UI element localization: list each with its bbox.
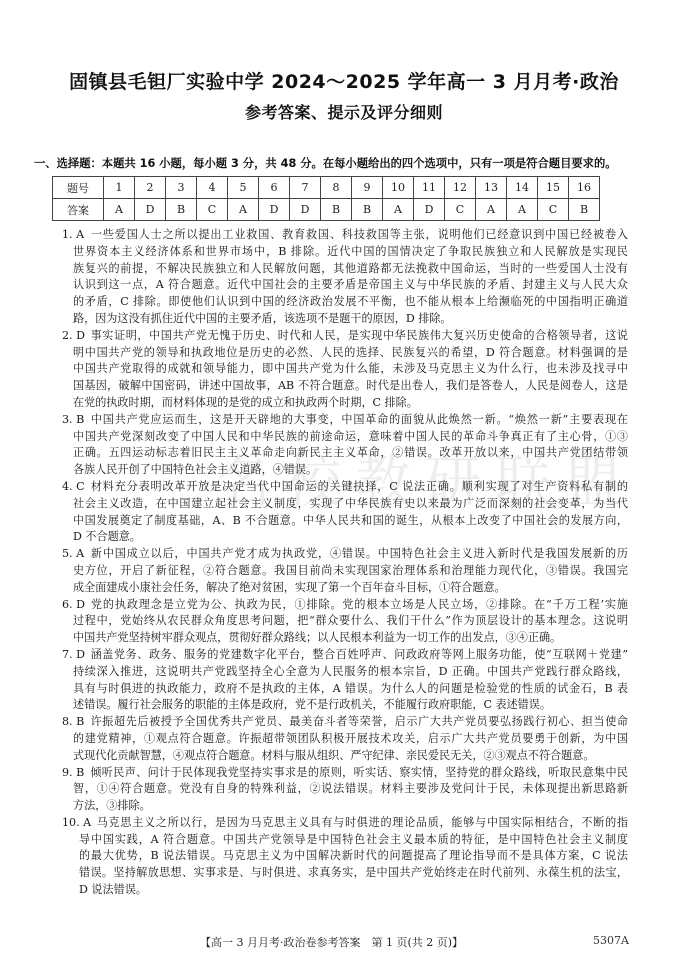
line-text: 各族人民开创了中国特色社会主义道路，④错误。 xyxy=(73,463,317,476)
answer-table: 题号 12345678910111213141516 答案 ADBCADDBBA… xyxy=(52,176,600,221)
answer-cell: A xyxy=(507,199,538,221)
explanation-item: 7. D涵盖党务、政务、服务的党建数字化平台，整合百姓呼声、问政政府等网上服务功… xyxy=(0,647,688,714)
answer-cell: D xyxy=(290,199,321,221)
item-number: 3. B xyxy=(62,412,90,429)
document-code: 5307A xyxy=(593,934,629,947)
explanation-line: 的最大优势，B 说法错误。马克思主义为中国解决新时代的问题提高了理论指导而不是具… xyxy=(79,848,628,865)
line-text: 的最大优势，B 说法错误。马克思主义为中国解决新时代的问题提高了理论指导而不是具… xyxy=(79,849,628,862)
line-text: 涵盖党务、政务、服务的党建数字化平台，整合百姓呼声、问政政府等网上服务功能，使“… xyxy=(90,648,628,661)
explanation-line: 明中国共产党的领导和执政地位是历史的必然、人民的选择、民族复兴的希望，D 符合题… xyxy=(73,345,628,362)
explanation-line: D 不合题意。 xyxy=(73,529,628,546)
line-text: 中国共产党深刻改变了中国人民和中华民族的前途命运，意味着中国人民的革命斗争真正有… xyxy=(73,430,628,443)
line-text: 正确。五四运动标志着旧民主主义革命走向新民主主义革命，②错误。改革开放以来，中国… xyxy=(73,446,628,459)
item-number: 4. C xyxy=(62,479,90,496)
question-number-cell: 14 xyxy=(507,177,538,199)
answer-cell: A xyxy=(104,199,135,221)
line-text: 中国发展奠定了制度基础，A、B 不合题意。中华人民共和国的诞生，从根本上改变了中… xyxy=(73,514,628,527)
answer-cell: D xyxy=(135,199,166,221)
question-number-cell: 10 xyxy=(383,177,414,199)
explanation-item: 5. A新中国成立以后，中国共产党才成为执政党，④错误。中国特色社会主义进入新时… xyxy=(0,546,688,596)
line-text: 许振超先后被授予全国优秀共产党员、最美奋斗者等荣誉，启示广大共产党员要弘扬践行初… xyxy=(90,715,628,728)
explanation-item: 9. B倾听民声、问计于民体现我党坚持实事求是的原则，听实话、察实情，坚持党的群… xyxy=(0,765,688,815)
item-number: 6. D xyxy=(62,597,90,614)
explanation-line: 社会主义改造，在中国建立起社会主义制度，实现了中华民族有史以来最为广泛而深刻的社… xyxy=(73,496,628,513)
question-number-cell: 4 xyxy=(197,177,228,199)
explanation-line: 6. D党的执政理念是立党为公、执政为民，①排除。党的根本立场是人民立场，②排除… xyxy=(62,597,628,614)
row-label: 答案 xyxy=(53,199,104,221)
item-number: 7. D xyxy=(62,647,90,664)
question-number-cell: 9 xyxy=(352,177,383,199)
explanation-line: 9. B倾听民声、问计于民体现我党坚持实事求是的原则，听实话、察实情，坚持党的群… xyxy=(62,765,628,782)
question-number-cell: 7 xyxy=(290,177,321,199)
line-text: 党的执政理念是立党为公、执政为民，①排除。党的根本立场是人民立场，②排除。在“千… xyxy=(90,598,628,611)
line-text: 国基因，破解中国密码，讲述中国故事，AB 不符合题意。时代是出卷人，我们是答卷人… xyxy=(73,379,628,392)
explanation-item: 1. A一些爱国人士之所以提出工业救国、教育救国、科技救国等主张，说明他们已经意… xyxy=(0,227,688,328)
line-text: 族复兴的前提，不解决民族独立和人民解放问题，其他道路都无法挽救中国命运，当时的一… xyxy=(73,262,628,275)
answer-cell: B xyxy=(166,199,197,221)
question-number-cell: 13 xyxy=(476,177,507,199)
explanation-item: 10. A马克思主义之所以行，是因为马克思主义具有与时俱进的理论品质，能够与中国… xyxy=(0,815,688,899)
explanation-item: 8. B许振超先后被授予全国优秀共产党员、最美奋斗者等荣誉，启示广大共产党员要弘… xyxy=(0,714,688,764)
line-text: 明中国共产党的领导和执政地位是历史的必然、人民的选择、民族复兴的希望，D 符合题… xyxy=(73,346,628,359)
line-text: 倾听民声、问计于民体现我党坚持实事求是的原则，听实话、察实情，坚持党的群众路线，… xyxy=(90,766,628,779)
line-text: 世界资本主义经济体系和世界市场中，B 排除。近代中国的国情决定了争取民族独立和人… xyxy=(73,245,628,258)
line-text: 智，①④符合题意。党没有自身的特殊利益，②说法错误。材料主要涉及党问计于民，未体… xyxy=(73,782,628,795)
answer-cell: B xyxy=(321,199,352,221)
item-number: 10. A xyxy=(62,815,96,832)
line-text: 中国共产党取得的成就和领导能力，即中国共产党为什么能，未涉及马克思主义为什么行，… xyxy=(73,362,628,375)
answer-cell: A xyxy=(383,199,414,221)
explanation-line: 4. C材料充分表明改革开放是决定当代中国命运的关键抉择，C 说法正确。顺利实现… xyxy=(62,479,628,496)
question-number-row: 题号 12345678910111213141516 xyxy=(53,177,600,199)
line-text: 材料充分表明改革开放是决定当代中国命运的关键抉择，C 说法正确。顺利实现了对生产… xyxy=(90,480,628,493)
explanation-line: 正确。五四运动标志着旧民主主义革命走向新民主主义革命，②错误。改革开放以来，中国… xyxy=(73,445,628,462)
line-text: 方法，③排除。 xyxy=(73,799,151,812)
line-text: 述错误。履行社会服务的职能的主体是政府，党不是行政机关，不能履行政府职能，C 表… xyxy=(73,698,551,711)
explanation-line: 中国共产党深刻改变了中国人民和中华民族的前途命运，意味着中国人民的革命斗争真正有… xyxy=(73,429,628,446)
line-text: 一些爱国人士之所以提出工业救国、教育救国、科技救国等主张，说明他们已经意识到中国… xyxy=(90,228,628,241)
line-text: 具有与时俱进的执政能力，政府不是执政的主体，A 错误。为什么人的问题是检验党的性… xyxy=(73,682,628,695)
explanation-line: 7. D涵盖党务、政务、服务的党建数字化平台，整合百姓呼声、问政政府等网上服务功… xyxy=(62,647,628,664)
answer-cell: B xyxy=(352,199,383,221)
explanation-line: 的矛盾，C 排除。即使他们认识到中国的经济政治发展不平衡，也不能从根本上给濒临死… xyxy=(73,294,628,311)
explanation-line: 族复兴的前提，不解决民族独立和人民解放问题，其他道路都无法挽救中国命运，当时的一… xyxy=(73,261,628,278)
line-text: 事实证明，中国共产党无愧于历史、时代和人民，是实现中华民族伟大复兴历史使命的合格… xyxy=(90,329,628,342)
explanation-line: 国基因，破解中国密码，讲述中国故事，AB 不符合题意。时代是出卷人，我们是答卷人… xyxy=(73,378,628,395)
explanation-line: 持续深入推进，这说明共产党践坚持全心全意为人民服务的根本宗旨，D 正确。中国共产… xyxy=(73,664,628,681)
document-subtitle: 参考答案、提示及评分细则 xyxy=(0,100,688,123)
question-number-cell: 6 xyxy=(259,177,290,199)
explanation-line: 10. A马克思主义之所以行，是因为马克思主义具有与时俱进的理论品质，能够与中国… xyxy=(62,815,628,832)
explanation-line: 史方位，开启了新征程，②符合题意。我国目前尚未实现国家治理体系和治理能力现代化，… xyxy=(73,563,628,580)
question-number-cell: 8 xyxy=(321,177,352,199)
line-text: 持续深入推进，这说明共产党践坚持全心全意为人民服务的根本宗旨，D 正确。中国共产… xyxy=(73,665,628,678)
line-text: 中国共产党应运而生，这是开天辟地的大事变，中国革命的面貌从此焕然一新。“焕然一新… xyxy=(90,413,628,426)
explanation-line: 述错误。履行社会服务的职能的主体是政府，党不是行政机关，不能履行政府职能，C 表… xyxy=(73,697,628,714)
line-text: 成全面建成小康社会任务，解决了绝对贫困，实现了第一个百年奋斗目标，①符合题意。 xyxy=(73,581,506,594)
question-number-cell: 2 xyxy=(135,177,166,199)
question-number-cell: 16 xyxy=(569,177,600,199)
explanation-line: 成全面建成小康社会任务，解决了绝对贫困，实现了第一个百年奋斗目标，①符合题意。 xyxy=(73,580,628,597)
answer-cell: D xyxy=(414,199,445,221)
explanation-line: 具有与时俱进的执政能力，政府不是执政的主体，A 错误。为什么人的问题是检验党的性… xyxy=(73,681,628,698)
explanation-line: 2. D事实证明，中国共产党无愧于历史、时代和人民，是实现中华民族伟大复兴历史使… xyxy=(62,328,628,345)
explanation-item: 4. C材料充分表明改革开放是决定当代中国命运的关键抉择，C 说法正确。顺利实现… xyxy=(0,479,688,546)
explanation-line: 世界资本主义经济体系和世界市场中，B 排除。近代中国的国情决定了争取民族独立和人… xyxy=(73,244,628,261)
document-title: 固镇县毛钽厂实验中学 2024～2025 学年高一 3 月月考·政治 xyxy=(0,67,688,94)
item-number: 2. D xyxy=(62,328,90,345)
explanation-line: 智，①④符合题意。党没有自身的特殊利益，②说法错误。材料主要涉及党问计于民，未体… xyxy=(73,781,628,798)
answer-cell: C xyxy=(538,199,569,221)
answer-cell: A xyxy=(228,199,259,221)
line-text: 过程中，党始终从农民群众角度思考问题，把“群众要什么、我们干什么”作为顶层设计的… xyxy=(73,614,628,627)
answer-cell: C xyxy=(445,199,476,221)
explanation-line: 在党的执政时期，而材料体现的是党的成立和执政两个时期，C 排除。 xyxy=(73,395,628,412)
row-label: 题号 xyxy=(53,177,104,199)
explanation-line: 错误。坚持解放思想、实事求是、与时俱进、求真务实，是中国共产党始终走在时代前列、… xyxy=(79,865,628,882)
line-text: 路，因为这没有抓住近代中国的主要矛盾，该选项不是题干的原因，D 排除。 xyxy=(73,312,452,325)
answer-cell: A xyxy=(476,199,507,221)
line-text: 在党的执政时期，而材料体现的是党的成立和执政两个时期，C 排除。 xyxy=(73,396,418,409)
question-number-cell: 3 xyxy=(166,177,197,199)
explanation-line: 8. B许振超先后被授予全国优秀共产党员、最美奋斗者等荣誉，启示广大共产党员要弘… xyxy=(62,714,628,731)
line-text: 式现代化贡献智慧，④观点符合题意。材料与服从组织、严守纪律、亲民爱民无关，②③观… xyxy=(73,749,594,762)
item-number: 8. B xyxy=(62,714,90,731)
explanations: 1. A一些爱国人士之所以提出工业救国、教育救国、科技救国等主张，说明他们已经意… xyxy=(0,227,688,899)
line-text: D 说法错误。 xyxy=(79,883,147,896)
item-number: 5. A xyxy=(62,546,90,563)
question-number-cell: 12 xyxy=(445,177,476,199)
answer-cell: D xyxy=(259,199,290,221)
explanation-line: 路，因为这没有抓住近代中国的主要矛盾，该选项不是题干的原因，D 排除。 xyxy=(73,311,628,328)
explanation-line: 中国共产党取得的成就和领导能力，即中国共产党为什么能，未涉及马克思主义为什么行，… xyxy=(73,361,628,378)
answer-cell: C xyxy=(197,199,228,221)
explanation-line: 式现代化贡献智慧，④观点符合题意。材料与服从组织、严守纪律、亲民爱民无关，②③观… xyxy=(73,748,628,765)
line-text: 认识到这一点，A 符合题意。近代中国社会的主要矛盾是帝国主义与中华民族的矛盾、封… xyxy=(73,278,628,291)
line-text: D 不合题意。 xyxy=(73,530,141,543)
line-text: 史方位，开启了新征程，②符合题意。我国目前尚未实现国家治理体系和治理能力现代化，… xyxy=(73,564,628,577)
explanation-line: 导中国实践，A 符合题意。中国共产党领导是中国特色社会主义最本质的特征，是中国特… xyxy=(79,832,628,849)
line-text: 新中国成立以后，中国共产党才成为执政党，④错误。中国特色社会主义进入新时代是我国… xyxy=(90,547,628,560)
item-number: 1. A xyxy=(62,227,90,244)
line-text: 社会主义改造，在中国建立起社会主义制度，实现了中华民族有史以来最为广泛而深刻的社… xyxy=(73,497,628,510)
explanation-line: 1. A一些爱国人士之所以提出工业救国、教育救国、科技救国等主张，说明他们已经意… xyxy=(62,227,628,244)
line-text: 马克思主义之所以行，是因为马克思主义具有与时俱进的理论品质，能够与中国实际相结合… xyxy=(96,816,628,829)
explanation-line: 过程中，党始终从农民群众角度思考问题，把“群众要什么、我们干什么”作为顶层设计的… xyxy=(73,613,628,630)
explanation-item: 3. B中国共产党应运而生，这是开天辟地的大事变，中国革命的面貌从此焕然一新。“… xyxy=(0,412,688,479)
explanation-item: 2. D事实证明，中国共产党无愧于历史、时代和人民，是实现中华民族伟大复兴历史使… xyxy=(0,328,688,412)
explanation-line: 各族人民开创了中国特色社会主义道路，④错误。 xyxy=(73,462,628,479)
question-number-cell: 1 xyxy=(104,177,135,199)
line-text: 的矛盾，C 排除。即使他们认识到中国的经济政治发展不平衡，也不能从根本上给濒临死… xyxy=(73,295,628,308)
explanation-line: 方法，③排除。 xyxy=(73,798,628,815)
explanation-line: 中国发展奠定了制度基础，A、B 不合题意。中华人民共和国的诞生，从根本上改变了中… xyxy=(73,513,628,530)
question-number-cell: 15 xyxy=(538,177,569,199)
explanation-item: 6. D党的执政理念是立党为公、执政为民，①排除。党的根本立场是人民立场，②排除… xyxy=(0,597,688,647)
explanation-line: 3. B中国共产党应运而生，这是开天辟地的大事变，中国革命的面貌从此焕然一新。“… xyxy=(62,412,628,429)
answer-row: 答案 ADBCADDBBADCAACB xyxy=(53,199,600,221)
section-heading: 一、选择题：本题共 16 小题，每小题 3 分，共 48 分。在每小题给出的四个… xyxy=(34,155,674,171)
explanation-line: 5. A新中国成立以后，中国共产党才成为执政党，④错误。中国特色社会主义进入新时… xyxy=(62,546,628,563)
page-footer: 【高一 3 月月考·政治卷参考答案 第 1 页(共 2 页)】 xyxy=(200,934,463,950)
explanation-line: 中国共产党坚持树牢群众观点，贯彻好群众路线；以人民根本利益为一切工作的出发点，③… xyxy=(73,630,628,647)
explanation-line: 的建党精神，①观点符合题意。许振超带领团队积极开展技术攻关，启示广大共产党员要勇… xyxy=(73,731,628,748)
explanation-line: D 说法错误。 xyxy=(79,882,628,899)
explanation-line: 认识到这一点，A 符合题意。近代中国社会的主要矛盾是帝国主义与中华民族的矛盾、封… xyxy=(73,277,628,294)
question-number-cell: 11 xyxy=(414,177,445,199)
line-text: 导中国实践，A 符合题意。中国共产党领导是中国特色社会主义最本质的特征，是中国特… xyxy=(79,833,628,846)
question-number-cell: 5 xyxy=(228,177,259,199)
answer-cell: B xyxy=(569,199,600,221)
line-text: 的建党精神，①观点符合题意。许振超带领团队积极开展技术攻关，启示广大共产党员要勇… xyxy=(73,732,628,745)
line-text: 中国共产党坚持树牢群众观点，贯彻好群众路线；以人民根本利益为一切工作的出发点，③… xyxy=(73,631,561,644)
line-text: 错误。坚持解放思想、实事求是、与时俱进、求真务实，是中国共产党始终走在时代前列、… xyxy=(79,866,628,879)
item-number: 9. B xyxy=(62,765,90,782)
